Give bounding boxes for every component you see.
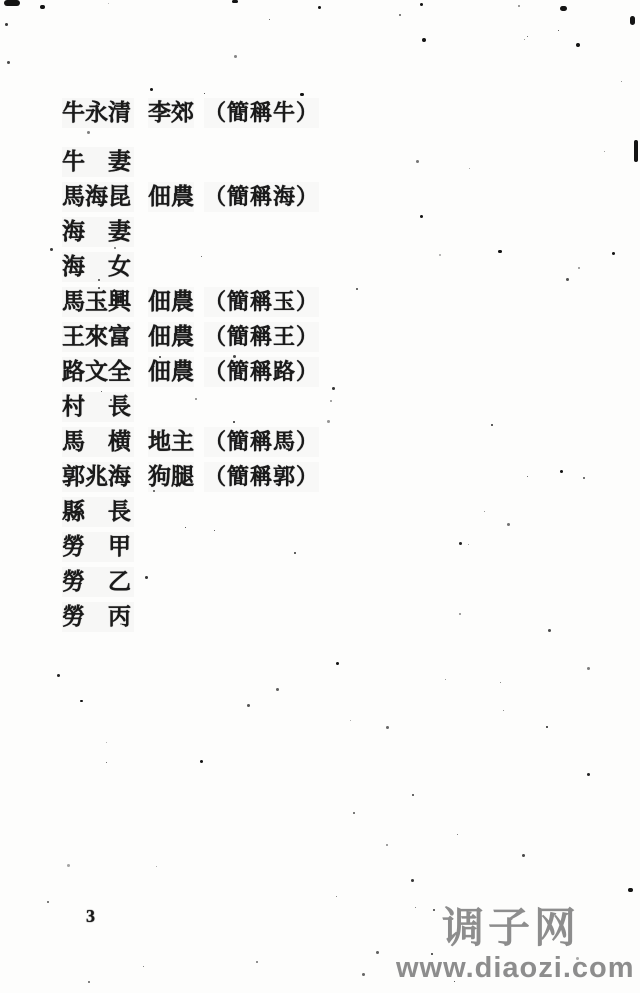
cast-character-name: 郭兆海 bbox=[62, 462, 134, 492]
cast-row: 勞 甲 bbox=[62, 532, 482, 567]
cast-row: 牛 妻 bbox=[62, 147, 482, 182]
cast-row: 路文全 佃農 （簡稱路） bbox=[62, 357, 482, 392]
cast-character-name: 馬 横 bbox=[62, 427, 134, 457]
cast-character-name: 馬玉興 bbox=[62, 287, 134, 317]
cast-role: 佃農 bbox=[148, 287, 194, 317]
cast-character-name: 牛永清 bbox=[62, 98, 134, 128]
page-number: 3 bbox=[86, 906, 95, 927]
cast-role: 佃農 bbox=[148, 357, 194, 387]
cast-character-name: 牛 妻 bbox=[62, 147, 134, 177]
watermark-site-name: 调子网 bbox=[396, 905, 626, 951]
cast-character-name: 勞 甲 bbox=[62, 532, 134, 562]
cast-character-name: 勞 乙 bbox=[62, 567, 134, 597]
cast-character-name: 路文全 bbox=[62, 357, 134, 387]
cast-character-name: 王來富 bbox=[62, 322, 134, 352]
cast-abbreviation: （簡稱馬） bbox=[204, 427, 319, 457]
cast-row: 村 長 bbox=[62, 392, 482, 427]
cast-role: 狗腿 bbox=[148, 462, 194, 492]
cast-character-name: 勞 丙 bbox=[62, 602, 134, 632]
cast-row: 馬玉興 佃農 （簡稱玉） bbox=[62, 287, 482, 322]
watermark-site-url: www.diaozi.com www.diaozi.com bbox=[396, 951, 626, 985]
cast-row: 王來富 佃農 （簡稱王） bbox=[62, 322, 482, 357]
cast-row: 馬 横 地主 （簡稱馬） bbox=[62, 427, 482, 462]
cast-role: 佃農 bbox=[148, 182, 194, 212]
cast-abbreviation: （簡稱路） bbox=[204, 357, 319, 387]
cast-character-name: 海 女 bbox=[62, 252, 134, 282]
watermark: 调子网 www.diaozi.com www.diaozi.com bbox=[396, 905, 626, 985]
cast-abbreviation: （簡稱王） bbox=[204, 322, 319, 352]
cast-abbreviation: （簡稱玉） bbox=[204, 287, 319, 317]
cast-row: 海 妻 bbox=[62, 217, 482, 252]
cast-abbreviation: （簡稱海） bbox=[204, 182, 319, 212]
cast-abbreviation: （簡稱郭） bbox=[204, 462, 319, 492]
cast-character-name: 馬海昆 bbox=[62, 182, 134, 212]
cast-row: 海 女 bbox=[62, 252, 482, 287]
cast-row: 牛永清 李郊 （簡稱牛） bbox=[62, 98, 482, 133]
cast-row: 縣 長 bbox=[62, 497, 482, 532]
cast-abbreviation: （簡稱牛） bbox=[204, 98, 319, 128]
cast-role: 佃農 bbox=[148, 322, 194, 352]
cast-row: 郭兆海 狗腿 （簡稱郭） bbox=[62, 462, 482, 497]
cast-character-name: 海 妻 bbox=[62, 217, 134, 247]
scanned-page: 牛永清 李郊 （簡稱牛） 牛 妻 馬海昆 佃農 （簡稱海） 海 妻 海 女 馬 bbox=[0, 0, 640, 993]
cast-list: 牛永清 李郊 （簡稱牛） 牛 妻 馬海昆 佃農 （簡稱海） 海 妻 海 女 馬 bbox=[62, 98, 482, 637]
cast-character-name: 村 長 bbox=[62, 392, 134, 422]
cast-row: 馬海昆 佃農 （簡稱海） bbox=[62, 182, 482, 217]
cast-character-name: 縣 長 bbox=[62, 497, 134, 527]
cast-row: 勞 丙 bbox=[62, 602, 482, 637]
watermark-url-text: www.diaozi.com bbox=[396, 952, 635, 984]
cast-role: 地主 bbox=[148, 427, 194, 457]
cast-role: 李郊 bbox=[148, 98, 194, 128]
cast-row: 勞 乙 bbox=[62, 567, 482, 602]
